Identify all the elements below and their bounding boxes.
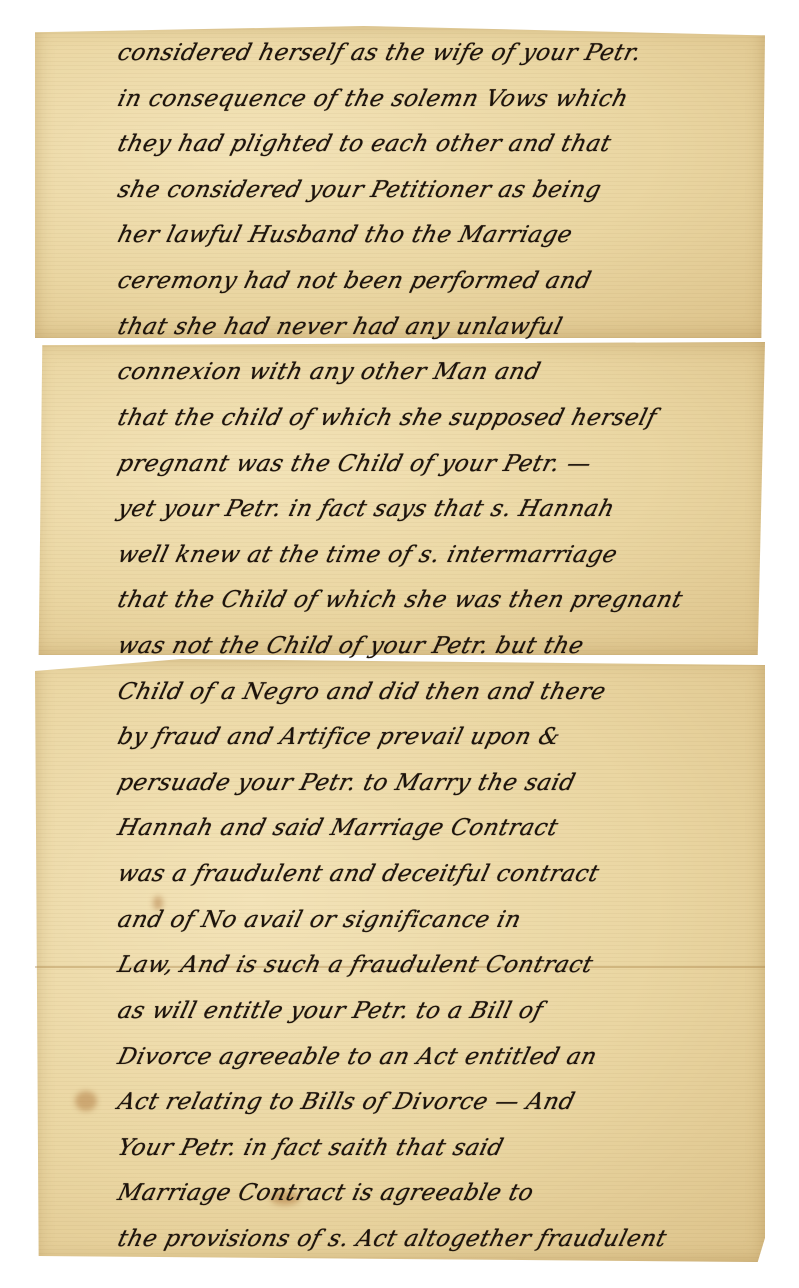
manuscript-line: Child of a Negro and did then and there [115, 679, 741, 705]
manuscript-line: as will entitle your Petr. to a Bill of [115, 998, 741, 1024]
manuscript-line: and of No avail or significance in [115, 907, 741, 933]
manuscript-line: well knew at the time of s. intermarriag… [115, 542, 741, 568]
manuscript-line: that the child of which she supposed her… [115, 405, 741, 431]
manuscript-line: they had plighted to each other and that [115, 131, 741, 157]
manuscript-line: in consequence of the solemn Vows which [115, 86, 741, 112]
manuscript-line: considered herself as the wife of your P… [115, 40, 741, 66]
manuscript-line: Act relating to Bills of Divorce — And [115, 1089, 741, 1115]
manuscript-line: yet your Petr. in fact says that s. Hann… [115, 496, 741, 522]
ink-stain [75, 1091, 97, 1111]
manuscript-line: the provisions of s. Act altogether frau… [115, 1226, 741, 1252]
manuscript-line: Your Petr. in fact saith that said [115, 1135, 741, 1161]
manuscript-line: that she had never had any unlawful [115, 314, 741, 340]
manuscript-line: was a fraudulent and deceitful contract [115, 861, 741, 887]
manuscript-line: that the Child of which she was then pre… [115, 587, 741, 613]
manuscript-line: Hannah and said Marriage Contract [115, 815, 741, 841]
manuscript-line: by fraud and Artifice prevail upon & [115, 724, 741, 750]
manuscript-sheet: considered herself as the wife of your P… [35, 26, 765, 1262]
manuscript-line: ceremony had not been performed and [115, 268, 741, 294]
manuscript-line: her lawful Husband tho the Marriage [115, 222, 741, 248]
manuscript-line: persuade your Petr. to Marry the said [115, 770, 741, 796]
manuscript-line: connexion with any other Man and [115, 359, 741, 385]
manuscript-line: she considered your Petitioner as being [115, 177, 741, 203]
manuscript-line: was not the Child of your Petr. but the [115, 633, 741, 659]
manuscript-line: Divorce agreeable to an Act entitled an [115, 1044, 741, 1070]
manuscript-line: pregnant was the Child of your Petr. — [115, 451, 741, 477]
manuscript-line: Marriage Contract is agreeable to [115, 1180, 741, 1206]
manuscript-line: Law, And is such a fraudulent Contract [115, 952, 741, 978]
